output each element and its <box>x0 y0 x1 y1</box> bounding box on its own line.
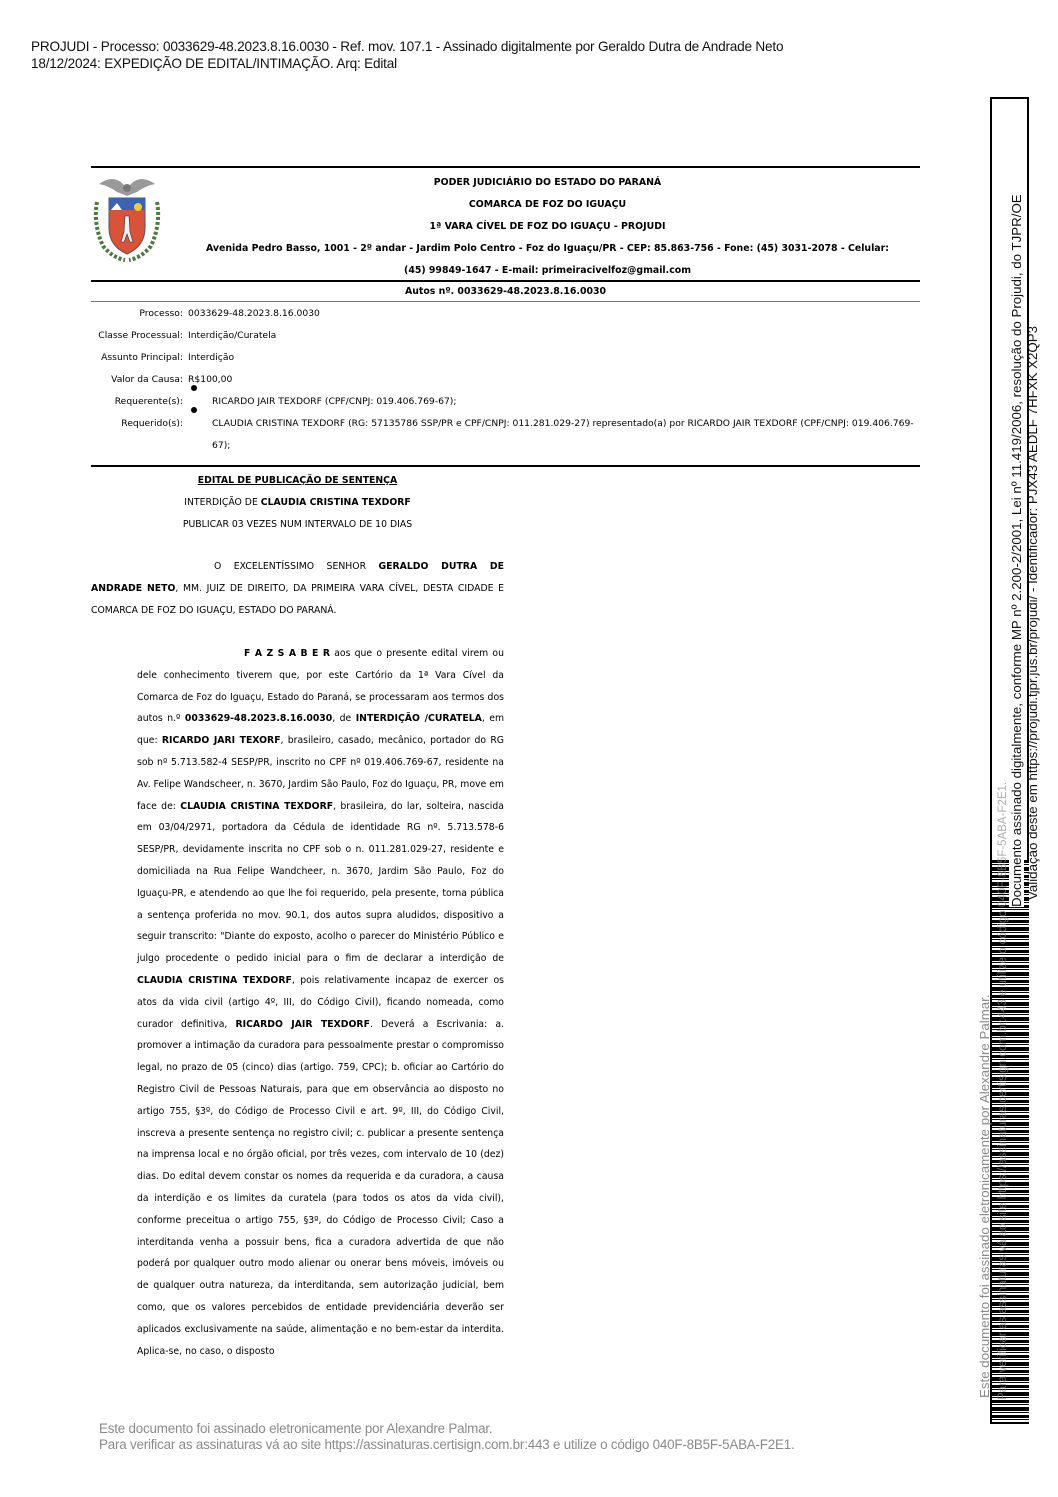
interditada-name: CLAUDIA CRISTINA TEXDORF <box>137 975 292 986</box>
requerente-name: RICARDO JARI TEXORF <box>162 735 281 746</box>
body-text: , de <box>332 713 355 724</box>
body-text: , brasileira, do lar, solteira, nascida … <box>137 801 504 965</box>
court-contact: (45) 99849-1647 - E-mail: primeiracivelf… <box>175 260 920 282</box>
requerente-value: RICARDO JAIR TEXDORF (CPF/CNPJ: 019.406.… <box>212 391 456 413</box>
assunto-row: Assunto Principal: Interdição <box>91 347 920 369</box>
publish-note: PUBLICAR 03 VEZES NUM INTERVALO DE 10 DI… <box>91 514 504 536</box>
parana-coat-of-arms-icon <box>89 174 165 264</box>
assunto-label: Assunto Principal: <box>91 347 183 369</box>
faz-saber: F A Z S A B E R <box>244 648 330 659</box>
side-signature-line-2: Para verificar as assinaturas vá ao site… <box>997 782 1009 1400</box>
case-info: Processo: 0033629-48.2023.8.16.0030 Clas… <box>91 303 920 457</box>
side-stamp-line-2: Validação deste em https://projudi.tjpr.… <box>1025 326 1040 900</box>
autos-ref: 0033629-48.2023.8.16.0030 <box>185 713 332 724</box>
subtitle-prefix: INTERDIÇÃO DE <box>184 497 261 508</box>
signature-footer: Este documento foi assinado eletronicame… <box>99 1421 795 1453</box>
requerido-row: Requerido(s): CLAUDIA CRISTINA TEXDORF (… <box>91 413 920 457</box>
footer-line-1: Este documento foi assinado eletronicame… <box>99 1421 795 1437</box>
autos-number: Autos nº. 0033629-48.2023.8.16.0030 <box>91 282 920 302</box>
requerido-value: CLAUDIA CRISTINA TEXDORF (RG: 57135786 S… <box>212 413 920 457</box>
intro-paragraph: O EXCELENTÍSSIMO SENHOR GERALDO DUTRA DE… <box>91 556 504 621</box>
court-letterhead: PODER JUDICIÁRIO DO ESTADO DO PARANÁ COM… <box>175 172 920 282</box>
edital-subtitle: INTERDIÇÃO DE CLAUDIA CRISTINA TEXDORF <box>91 492 504 514</box>
classe-row: Classe Processual: Interdição/Curatela <box>91 325 920 347</box>
classe-label: Classe Processual: <box>91 325 183 347</box>
requerente-row: Requerente(s): RICARDO JAIR TEXDORF (CPF… <box>91 391 920 413</box>
court-address: Avenida Pedro Basso, 1001 - 2º andar - J… <box>175 238 920 260</box>
requerida-name: CLAUDIA CRISTINA TEXDORF <box>180 801 333 812</box>
edital-title: EDITAL DE PUBLICAÇÃO DE SENTENÇA <box>91 470 504 492</box>
header-line-1: PROJUDI - Processo: 0033629-48.2023.8.16… <box>31 38 931 55</box>
valor-row: Valor da Causa: R$100,00 <box>91 369 920 391</box>
document-header: PROJUDI - Processo: 0033629-48.2023.8.16… <box>31 38 931 72</box>
divider <box>91 166 920 168</box>
header-line-2: 18/12/2024: EXPEDIÇÃO DE EDITAL/INTIMAÇÃ… <box>31 55 931 72</box>
processo-value: 0033629-48.2023.8.16.0030 <box>188 303 320 325</box>
curador-name: RICARDO JAIR TEXDORF <box>235 1019 369 1030</box>
bullet-icon <box>191 407 197 413</box>
divider <box>91 301 920 302</box>
edital-heading: EDITAL DE PUBLICAÇÃO DE SENTENÇA INTERDI… <box>91 470 504 536</box>
classe-value: Interdição/Curatela <box>188 325 276 347</box>
comarca-name: COMARCA DE FOZ DO IGUAÇU <box>175 194 920 216</box>
court-name: PODER JUDICIÁRIO DO ESTADO DO PARANÁ <box>175 172 920 194</box>
requerido-label: Requerido(s): <box>91 413 183 435</box>
intro-text: O EXCELENTÍSSIMO SENHOR <box>214 561 379 572</box>
body-text: . Deverá a Escrivania: a. promover a int… <box>137 1019 504 1357</box>
requerente-label: Requerente(s): <box>91 391 183 413</box>
bullet-icon <box>191 385 197 391</box>
footer-line-2: Para verificar as assinaturas vá ao site… <box>99 1437 795 1453</box>
subtitle-name: CLAUDIA CRISTINA TEXDORF <box>261 497 411 508</box>
processo-row: Processo: 0033629-48.2023.8.16.0030 <box>91 303 920 325</box>
body-paragraph: F A Z S A B E R aos que o presente edita… <box>137 643 504 1362</box>
processo-label: Processo: <box>91 303 183 325</box>
side-stamp-line-1: Documento assinado digitalmente, conform… <box>1009 194 1024 907</box>
side-signature-line-1: Este documento foi assinado eletronicame… <box>977 994 992 1398</box>
divider <box>91 465 920 467</box>
valor-label: Valor da Causa: <box>91 369 183 391</box>
assunto-value: Interdição <box>188 347 234 369</box>
acao-name: INTERDIÇÃO /CURATELA <box>356 713 482 724</box>
vara-name: 1ª VARA CÍVEL DE FOZ DO IGUAÇU - PROJUDI <box>175 216 920 238</box>
